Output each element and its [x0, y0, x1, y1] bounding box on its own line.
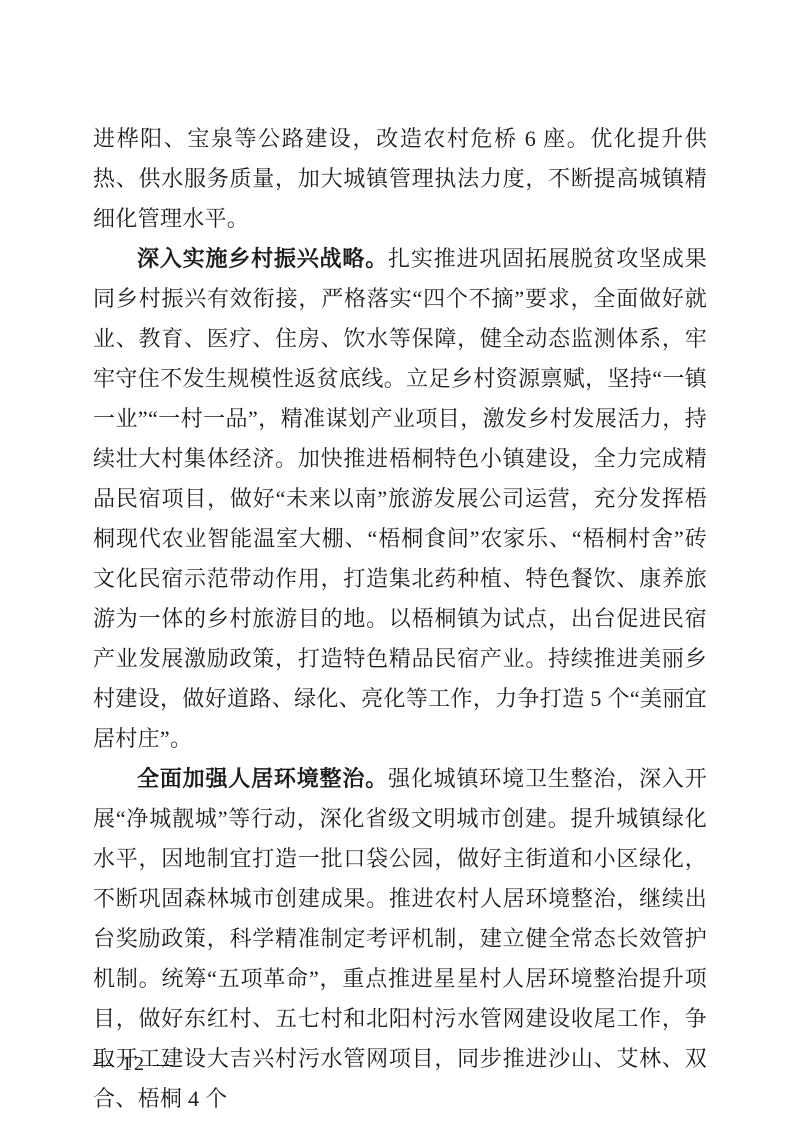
paragraph-lead: 深入实施乡村振兴战略。 — [137, 246, 388, 271]
paragraph: 进桦阳、宝泉等公路建设，改造农村危桥 6 座。优化提升供热、供水服务质量，加大城… — [93, 119, 707, 239]
paragraph-text: 进桦阳、宝泉等公路建设，改造农村危桥 6 座。优化提升供热、供水服务质量，加大城… — [93, 126, 707, 231]
paragraph-text: 扎实推进巩固拓展脱贫攻坚成果同乡村振兴有效衔接，严格落实“四个不摘”要求，全面做… — [93, 246, 707, 751]
page-number: — 12 — — [93, 1050, 175, 1078]
page-body: 进桦阳、宝泉等公路建设，改造农村危桥 6 座。优化提升供热、供水服务质量，加大城… — [93, 119, 707, 1119]
paragraph-lead: 全面加强人居环境整治。 — [137, 766, 388, 791]
paragraph: 全面加强人居环境整治。强化城镇环境卫生整治，深入开展“净城靓城”等行动，深化省级… — [93, 759, 707, 1119]
paragraph: 深入实施乡村振兴战略。扎实推进巩固拓展脱贫攻坚成果同乡村振兴有效衔接，严格落实“… — [93, 239, 707, 759]
document-page: 进桦阳、宝泉等公路建设，改造农村危桥 6 座。优化提升供热、供水服务质量，加大城… — [0, 0, 793, 1122]
paragraph-text: 强化城镇环境卫生整治，深入开展“净城靓城”等行动，深化省级文明城市创建。提升城镇… — [93, 766, 707, 1111]
